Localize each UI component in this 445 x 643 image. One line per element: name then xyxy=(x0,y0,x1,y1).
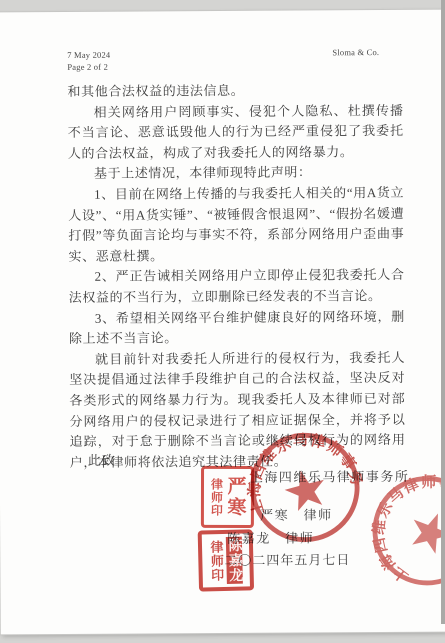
paragraph: 1、目前在网络上传播的与我委托人相关的“用A货立人设”、“用A货实锤”、“被锤假… xyxy=(68,183,404,267)
header-date: 7 May 2024 xyxy=(67,49,110,61)
photo-right-edge-shadow xyxy=(441,0,445,624)
seal-suffix-text: 律师印 xyxy=(210,477,222,516)
seal-star-icon xyxy=(401,504,445,560)
seal-name-text: 严寒 xyxy=(225,476,244,518)
lawyer-chenjialong-square-seal-icon: 陈嘉龙 律师印 xyxy=(198,529,254,591)
seal-suffix-text: 律师印 xyxy=(209,540,223,582)
seal-name-text: 陈嘉龙 xyxy=(225,537,242,584)
letter-page: 7 May 2024 Page 2 of 2 Sloma & Co. 和其他合法… xyxy=(0,10,445,635)
page-header: 7 May 2024 Page 2 of 2 Sloma & Co. xyxy=(67,47,404,73)
header-date-page: 7 May 2024 Page 2 of 2 xyxy=(67,49,110,73)
paragraph: 相关网络用户罔顾事实、侵犯个人隐私、杜撰传播不当言论、恶意诋毁他人的行为已经严重… xyxy=(68,100,404,164)
photographed-legal-letter: { "header": { "date": "7 May 2024", "pag… xyxy=(0,0,445,643)
paragraph: 基于上述情况，本律师现特此声明： xyxy=(68,162,404,185)
closing-salute: 此致 xyxy=(88,450,116,469)
paragraph: 3、希望相关网络平台维护健康良好的网络环境，删除上述不当言论。 xyxy=(69,306,405,349)
paragraph: 和其他合法权益的违法信息。 xyxy=(67,80,403,103)
seal-star-icon xyxy=(281,466,330,513)
paragraph: 2、严正告诫相关网络用户立即停止侵犯我委托人合法权益的不当行为，立即删除已经发表… xyxy=(69,265,405,308)
lawyer-yanhan-square-seal-icon: 严寒 律师印 xyxy=(201,466,254,528)
letter-body: 和其他合法权益的违法信息。 相关网络用户罔顾事实、侵犯个人隐私、杜撰传播不当言论… xyxy=(67,80,405,473)
header-firm-name: Sloma & Co. xyxy=(332,47,379,57)
header-page-number: Page 2 of 2 xyxy=(67,61,110,73)
